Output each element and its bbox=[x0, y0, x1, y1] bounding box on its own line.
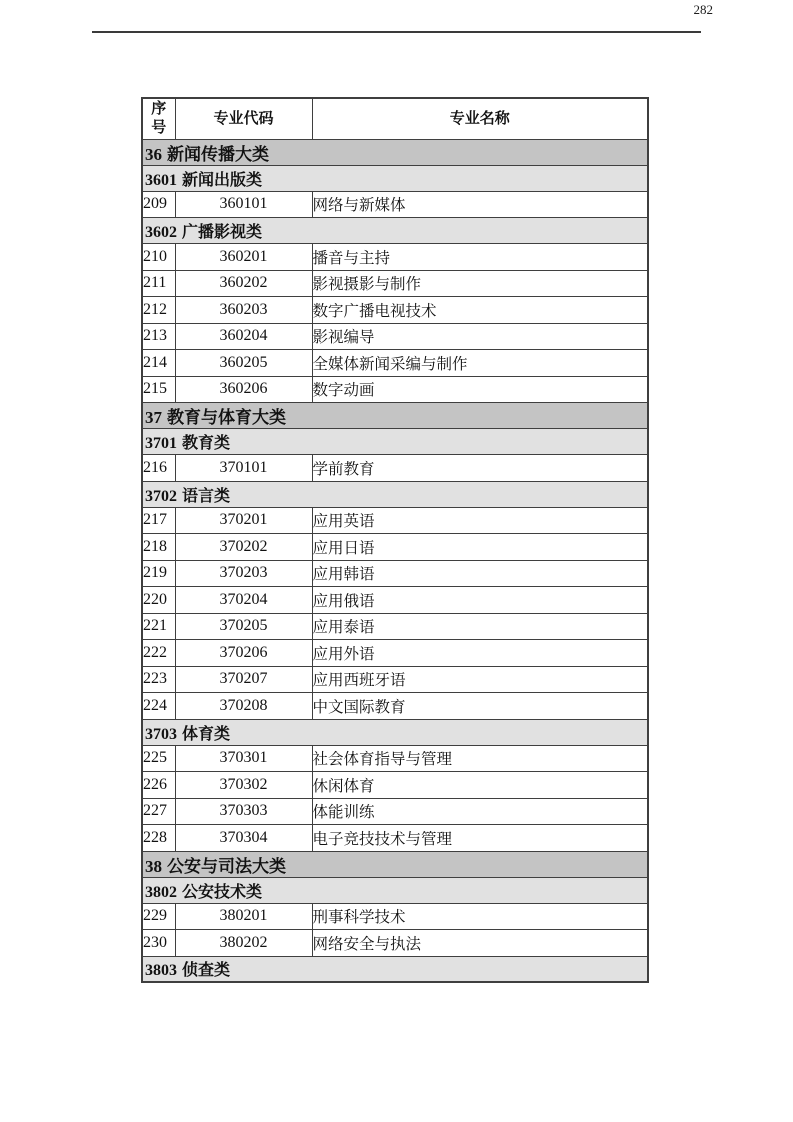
section-row: 36新闻传播大类 bbox=[142, 139, 648, 165]
table-row: 217370201应用英语 bbox=[142, 507, 648, 534]
subsection-label: 语言类 bbox=[182, 488, 230, 505]
table-row: 222370206应用外语 bbox=[142, 640, 648, 667]
code-cell: 370101 bbox=[175, 455, 312, 482]
serial-cell: 215 bbox=[142, 376, 175, 403]
subsection-number: 3701 bbox=[145, 435, 177, 452]
code-cell: 360202 bbox=[175, 270, 312, 297]
code-cell: 380202 bbox=[175, 930, 312, 957]
name-cell: 应用俄语 bbox=[312, 587, 648, 614]
subsection-row: 3701教育类 bbox=[142, 429, 648, 455]
name-cell: 播音与主持 bbox=[312, 244, 648, 271]
name-cell: 网络与新媒体 bbox=[312, 191, 648, 218]
subsection-label: 公安技术类 bbox=[182, 884, 262, 901]
serial-cell: 209 bbox=[142, 191, 175, 218]
name-cell: 电子竞技技术与管理 bbox=[312, 825, 648, 852]
name-cell: 中文国际教育 bbox=[312, 693, 648, 720]
table-row: 230380202网络安全与执法 bbox=[142, 930, 648, 957]
serial-cell: 211 bbox=[142, 270, 175, 297]
table-row: 228370304电子竞技技术与管理 bbox=[142, 825, 648, 852]
serial-cell: 217 bbox=[142, 507, 175, 534]
serial-cell: 227 bbox=[142, 798, 175, 825]
serial-cell: 219 bbox=[142, 560, 175, 587]
subsection-cell: 3602广播影视类 bbox=[142, 218, 648, 244]
name-cell: 应用英语 bbox=[312, 507, 648, 534]
table-row: 226370302休闲体育 bbox=[142, 772, 648, 799]
serial-cell: 228 bbox=[142, 825, 175, 852]
table-row: 216370101学前教育 bbox=[142, 455, 648, 482]
subsection-cell: 3802公安技术类 bbox=[142, 877, 648, 903]
table-row: 224370208中文国际教育 bbox=[142, 693, 648, 720]
name-cell: 全媒体新闻采编与制作 bbox=[312, 350, 648, 377]
column-header-code: 专业代码 bbox=[175, 98, 312, 139]
serial-cell: 218 bbox=[142, 534, 175, 561]
table-row: 214360205全媒体新闻采编与制作 bbox=[142, 350, 648, 377]
section-cell: 37教育与体育大类 bbox=[142, 403, 648, 429]
name-cell: 应用外语 bbox=[312, 640, 648, 667]
subsection-number: 3602 bbox=[145, 224, 177, 241]
serial-cell: 224 bbox=[142, 693, 175, 720]
code-cell: 370201 bbox=[175, 507, 312, 534]
table-row: 229380201刑事科学技术 bbox=[142, 903, 648, 930]
section-number: 38 bbox=[145, 857, 162, 876]
section-label: 公安与司法大类 bbox=[167, 857, 286, 876]
column-header-serial: 序号 bbox=[142, 98, 175, 139]
code-cell: 370207 bbox=[175, 666, 312, 693]
name-cell: 体能训练 bbox=[312, 798, 648, 825]
subsection-label: 新闻出版类 bbox=[182, 172, 262, 189]
name-cell: 学前教育 bbox=[312, 455, 648, 482]
name-cell: 数字动画 bbox=[312, 376, 648, 403]
column-header-name: 专业名称 bbox=[312, 98, 648, 139]
serial-cell: 220 bbox=[142, 587, 175, 614]
section-number: 36 bbox=[145, 145, 162, 164]
subsection-row: 3803侦查类 bbox=[142, 956, 648, 982]
serial-cell: 212 bbox=[142, 297, 175, 324]
code-cell: 370208 bbox=[175, 693, 312, 720]
code-cell: 370206 bbox=[175, 640, 312, 667]
subsection-cell: 3803侦查类 bbox=[142, 956, 648, 982]
name-cell: 影视摄影与制作 bbox=[312, 270, 648, 297]
code-cell: 360204 bbox=[175, 323, 312, 350]
code-cell: 360201 bbox=[175, 244, 312, 271]
name-cell: 应用泰语 bbox=[312, 613, 648, 640]
table-row: 223370207应用西班牙语 bbox=[142, 666, 648, 693]
subsection-number: 3601 bbox=[145, 172, 177, 189]
table-row: 213360204影视编导 bbox=[142, 323, 648, 350]
code-cell: 370303 bbox=[175, 798, 312, 825]
name-cell: 影视编导 bbox=[312, 323, 648, 350]
serial-cell: 226 bbox=[142, 772, 175, 799]
subsection-label: 体育类 bbox=[182, 726, 230, 743]
code-cell: 380201 bbox=[175, 903, 312, 930]
name-cell: 应用日语 bbox=[312, 534, 648, 561]
section-cell: 36新闻传播大类 bbox=[142, 139, 648, 165]
subsection-row: 3602广播影视类 bbox=[142, 218, 648, 244]
subsection-label: 侦查类 bbox=[182, 962, 230, 979]
table-row: 209360101网络与新媒体 bbox=[142, 191, 648, 218]
name-cell: 刑事科学技术 bbox=[312, 903, 648, 930]
name-cell: 休闲体育 bbox=[312, 772, 648, 799]
serial-cell: 221 bbox=[142, 613, 175, 640]
section-label: 教育与体育大类 bbox=[167, 408, 286, 427]
serial-cell: 229 bbox=[142, 903, 175, 930]
subsection-row: 3703体育类 bbox=[142, 719, 648, 745]
section-row: 38公安与司法大类 bbox=[142, 851, 648, 877]
table-row: 227370303体能训练 bbox=[142, 798, 648, 825]
page-number: 282 bbox=[694, 2, 714, 18]
subsection-label: 广播影视类 bbox=[182, 224, 262, 241]
subsection-cell: 3702语言类 bbox=[142, 481, 648, 507]
subsection-cell: 3701教育类 bbox=[142, 429, 648, 455]
section-label: 新闻传播大类 bbox=[167, 145, 269, 164]
code-cell: 370302 bbox=[175, 772, 312, 799]
name-cell: 应用西班牙语 bbox=[312, 666, 648, 693]
serial-cell: 210 bbox=[142, 244, 175, 271]
table-row: 215360206数字动画 bbox=[142, 376, 648, 403]
header-rule bbox=[92, 31, 701, 33]
majors-table: 序号 专业代码 专业名称 36新闻传播大类 3601新闻出版类 20936010… bbox=[141, 97, 649, 983]
subsection-number: 3703 bbox=[145, 726, 177, 743]
code-cell: 370202 bbox=[175, 534, 312, 561]
name-cell: 应用韩语 bbox=[312, 560, 648, 587]
table-row: 225370301社会体育指导与管理 bbox=[142, 745, 648, 772]
table-row: 211360202影视摄影与制作 bbox=[142, 270, 648, 297]
section-cell: 38公安与司法大类 bbox=[142, 851, 648, 877]
table-row: 220370204应用俄语 bbox=[142, 587, 648, 614]
code-cell: 370205 bbox=[175, 613, 312, 640]
subsection-number: 3803 bbox=[145, 962, 177, 979]
table-row: 210360201播音与主持 bbox=[142, 244, 648, 271]
serial-cell: 230 bbox=[142, 930, 175, 957]
serial-cell: 214 bbox=[142, 350, 175, 377]
code-cell: 360203 bbox=[175, 297, 312, 324]
subsection-number: 3702 bbox=[145, 488, 177, 505]
subsection-cell: 3601新闻出版类 bbox=[142, 165, 648, 191]
serial-cell: 223 bbox=[142, 666, 175, 693]
name-cell: 网络安全与执法 bbox=[312, 930, 648, 957]
serial-cell: 225 bbox=[142, 745, 175, 772]
subsection-row: 3802公安技术类 bbox=[142, 877, 648, 903]
serial-cell: 213 bbox=[142, 323, 175, 350]
table-row: 221370205应用泰语 bbox=[142, 613, 648, 640]
code-cell: 370203 bbox=[175, 560, 312, 587]
table-row: 212360203数字广播电视技术 bbox=[142, 297, 648, 324]
subsection-cell: 3703体育类 bbox=[142, 719, 648, 745]
code-cell: 360206 bbox=[175, 376, 312, 403]
code-cell: 370304 bbox=[175, 825, 312, 852]
serial-cell: 216 bbox=[142, 455, 175, 482]
code-cell: 370204 bbox=[175, 587, 312, 614]
table-header-row: 序号 专业代码 专业名称 bbox=[142, 98, 648, 139]
subsection-label: 教育类 bbox=[182, 435, 230, 452]
column-header-serial-line2: 号 bbox=[143, 119, 175, 138]
table-row: 219370203应用韩语 bbox=[142, 560, 648, 587]
section-row: 37教育与体育大类 bbox=[142, 403, 648, 429]
serial-cell: 222 bbox=[142, 640, 175, 667]
section-number: 37 bbox=[145, 408, 162, 427]
name-cell: 社会体育指导与管理 bbox=[312, 745, 648, 772]
name-cell: 数字广播电视技术 bbox=[312, 297, 648, 324]
subsection-number: 3802 bbox=[145, 884, 177, 901]
subsection-row: 3601新闻出版类 bbox=[142, 165, 648, 191]
code-cell: 360205 bbox=[175, 350, 312, 377]
code-cell: 370301 bbox=[175, 745, 312, 772]
table-row: 218370202应用日语 bbox=[142, 534, 648, 561]
subsection-row: 3702语言类 bbox=[142, 481, 648, 507]
column-header-serial-line1: 序 bbox=[143, 100, 175, 119]
code-cell: 360101 bbox=[175, 191, 312, 218]
